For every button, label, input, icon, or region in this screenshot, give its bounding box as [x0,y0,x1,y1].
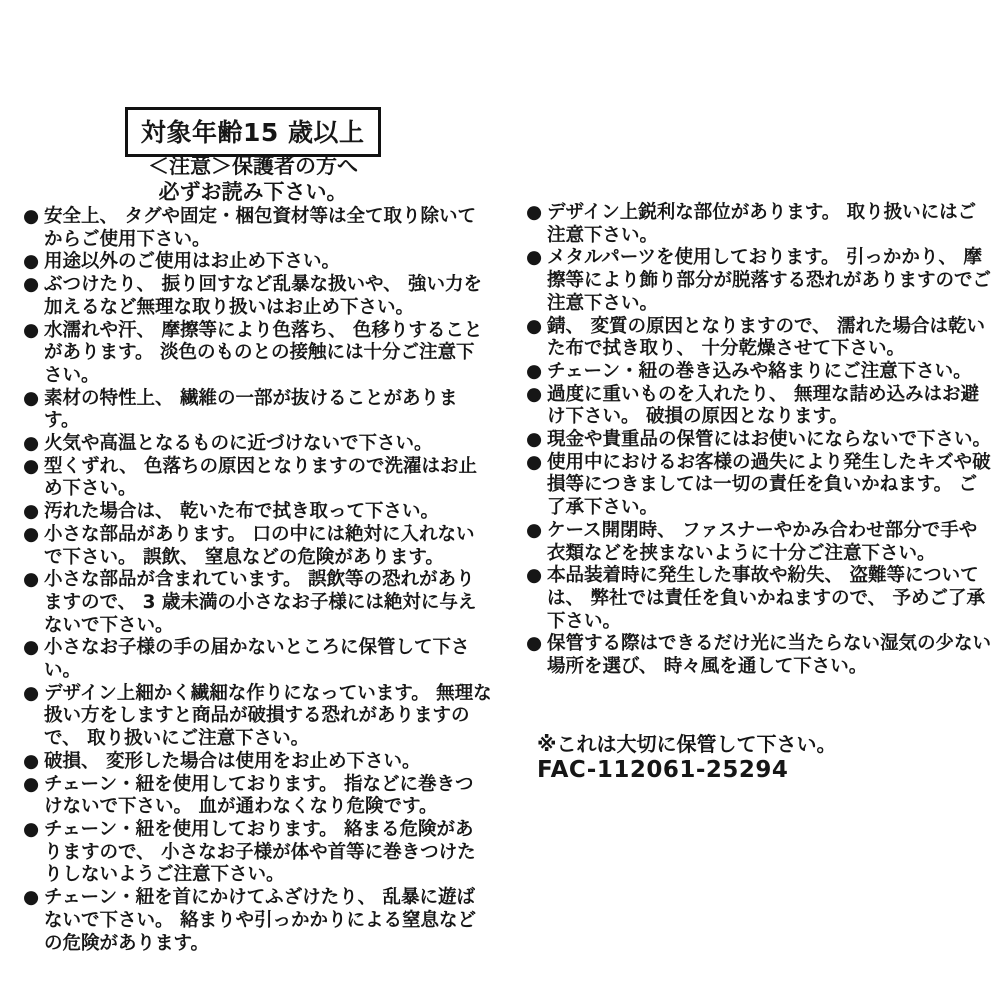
warning-item: チェーン・紐を使用しております。 指などに巻きつけないで下さい。 血が通わなくな… [24,774,492,819]
notice-subtitle: 必ずお読み下さい。 [93,179,413,205]
warning-item: デザイン上細かく繊細な作りになっています。 無理な扱い方をしますと商品が破損する… [24,683,492,751]
age-restriction-box: 対象年齢15 歳以上 [125,107,381,157]
warning-list-left: 安全上、 タグや固定・梱包資材等は全て取り除いてからご使用下さい。用途以外のご使… [24,206,492,955]
warning-item: チェーン・紐を首にかけてふざけたり、 乱暴に遊ばないで下さい。 絡まりや引っかか… [24,887,492,955]
warning-item: 小さな部品が含まれています。 誤飲等の恐れがありますので、 3 歳未満の小さなお… [24,569,492,637]
warning-item: 用途以外のご使用はお止め下さい。 [24,251,492,274]
caution-sheet: 対象年齢15 歳以上 ＜注意＞保護者の方へ 必ずお読み下さい。 安全上、 タグや… [0,0,1000,1000]
warning-item: チェーン・紐を使用しております。 絡まる危険がありますので、 小さなお子様が体や… [24,819,492,887]
warning-item: 水濡れや汗、 摩擦等により色落ち、 色移りすることがあります。 淡色のものとの接… [24,320,492,388]
warning-item: 汚れた場合は、 乾いた布で拭き取って下さい。 [24,501,492,524]
warning-item: デザイン上鋭利な部位があります。 取り扱いにはご注意下さい。 [527,202,993,247]
warning-item: ケース開閉時、 ファスナーやかみ合わせ部分で手や衣類などを挟まないように十分ご注… [527,520,993,565]
warning-item: 本品装着時に発生した事故や紛失、 盗難等については、 弊社では責任を負いかねます… [527,565,993,633]
footer: ※これは大切に保管して下さい。 FAC-112061-25294 [537,731,836,784]
warning-item: 素材の特性上、 繊維の一部が抜けることがあります。 [24,388,492,433]
warning-item: 保管する際はできるだけ光に当たらない湿気の少ない場所を選び、 時々風を通して下さ… [527,633,993,678]
warning-item: 過度に重いものを入れたり、 無理な詰め込みはお避け下さい。 破損の原因となります… [527,384,993,429]
warning-item: 型くずれ、 色落ちの原因となりますので洗濯はお止め下さい。 [24,456,492,501]
warning-item: 小さな部品があります。 口の中には絶対に入れないで下さい。 誤飲、 窒息などの危… [24,524,492,569]
warning-item: 使用中におけるお客様の過失により発生したキズや破損等につきましては一切の責任を負… [527,452,993,520]
notice-header: ＜注意＞保護者の方へ 必ずお読み下さい。 [93,153,413,205]
notice-title: ＜注意＞保護者の方へ [93,153,413,179]
warning-item: 破損、 変形した場合は使用をお止め下さい。 [24,751,492,774]
warning-item: メタルパーツを使用しております。 引っかかり、 摩擦等により飾り部分が脱落する恐… [527,247,993,315]
warning-item: 小さなお子様の手の届かないところに保管して下さい。 [24,637,492,682]
warning-item: 火気や高温となるものに近づけないで下さい。 [24,433,492,456]
warning-item: 現金や貴重品の保管にはお使いにならないで下さい。 [527,429,993,452]
warning-item: 安全上、 タグや固定・梱包資材等は全て取り除いてからご使用下さい。 [24,206,492,251]
warning-list-right: デザイン上鋭利な部位があります。 取り扱いにはご注意下さい。メタルパーツを使用し… [527,202,993,679]
product-code: FAC-112061-25294 [537,757,836,784]
warning-item: チェーン・紐の巻き込みや絡まりにご注意下さい。 [527,361,993,384]
storage-note: ※これは大切に保管して下さい。 [537,731,836,757]
warning-item: 錆、 変質の原因となりますので、 濡れた場合は乾いた布で拭き取り、 十分乾燥させ… [527,316,993,361]
warning-item: ぶつけたり、 振り回すなど乱暴な扱いや、 強い力を加えるなど無理な取り扱いはお止… [24,274,492,319]
